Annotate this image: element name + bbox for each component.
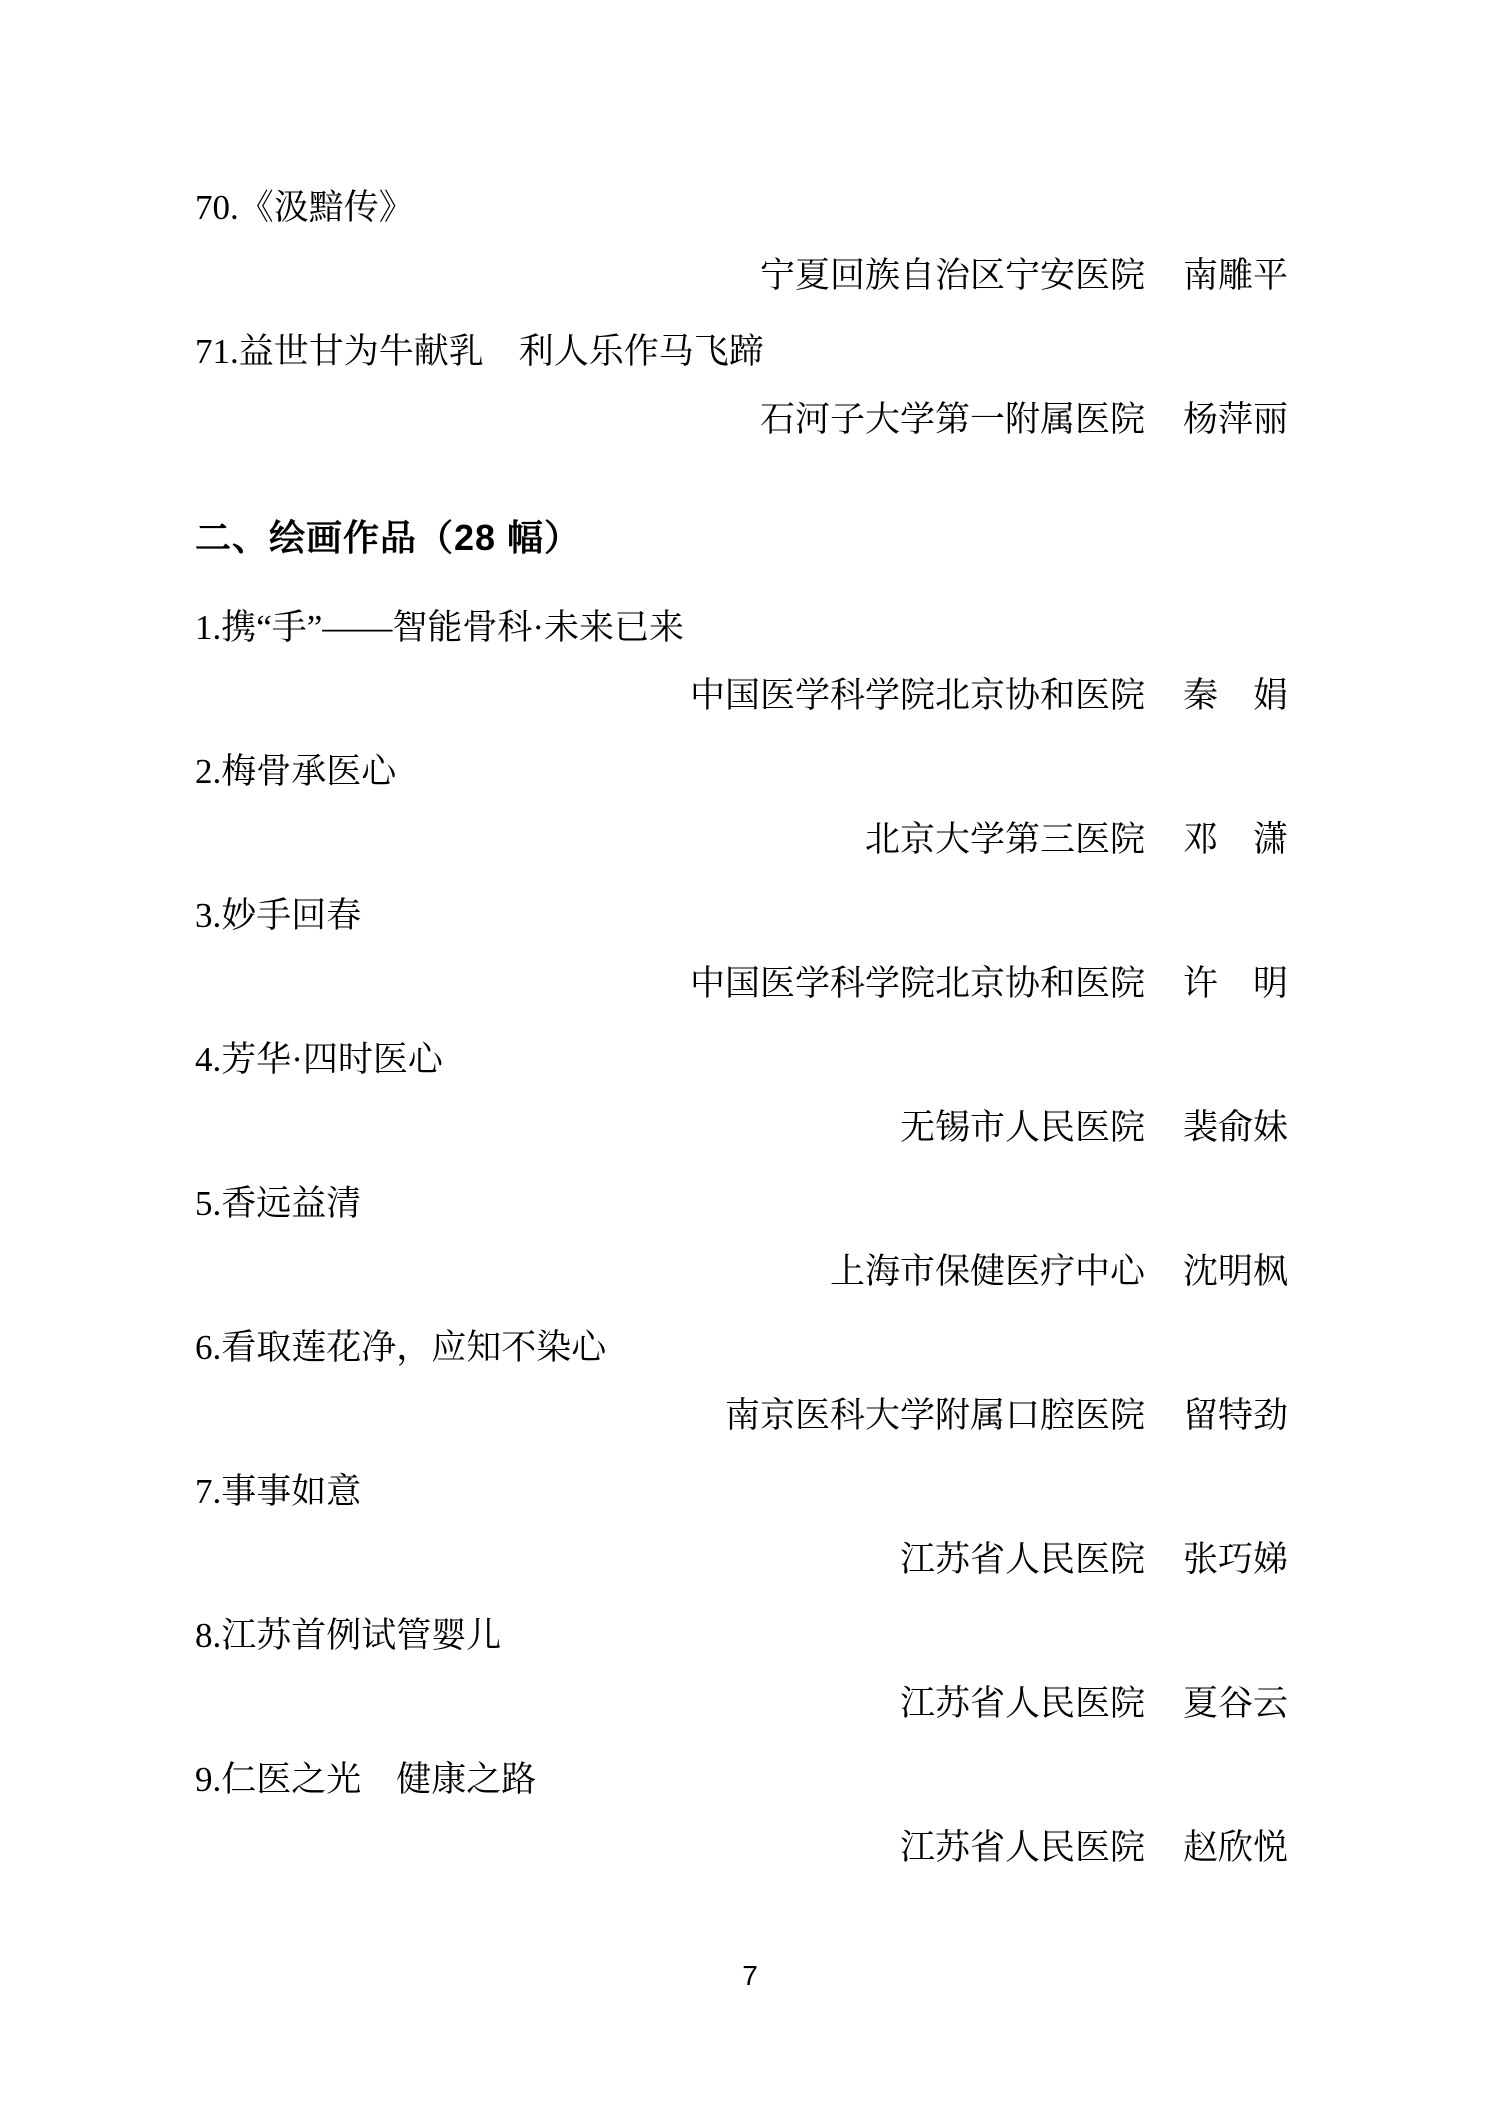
artwork-entry: 4.芳华·四时医心 无锡市人民医院裴俞妹: [195, 1026, 1288, 1162]
artwork-title: 1.携“手”——智能骨科·未来已来: [195, 594, 1288, 662]
artwork-org: 南京医科大学附属口腔医院: [725, 1396, 1145, 1435]
artwork-title: 4.芳华·四时医心: [195, 1026, 1288, 1094]
page-number: 7: [0, 1960, 1500, 1992]
artwork-attribution: 中国医学科学院北京协和医院秦 娟: [195, 662, 1288, 730]
artwork-attribution: 上海市保健医疗中心沈明枫: [195, 1238, 1288, 1306]
artwork-entry: 5.香远益清 上海市保健医疗中心沈明枫: [195, 1170, 1288, 1306]
artwork-author: 沈明枫: [1183, 1238, 1288, 1306]
artwork-org: 无锡市人民医院: [900, 1108, 1145, 1147]
artwork-title: 9.仁医之光 健康之路: [195, 1746, 1288, 1814]
artwork-title: 7.事事如意: [195, 1458, 1288, 1526]
artwork-author: 南雕平: [1183, 242, 1288, 310]
artwork-title: 8.江苏首例试管婴儿: [195, 1602, 1288, 1670]
artwork-author: 张巧娣: [1183, 1526, 1288, 1594]
artwork-title: 2.梅骨承医心: [195, 738, 1288, 806]
artwork-attribution: 无锡市人民医院裴俞妹: [195, 1094, 1288, 1162]
artwork-org: 中国医学科学院北京协和医院: [690, 676, 1145, 715]
artwork-entry: 71.益世甘为牛献乳 利人乐作马飞蹄 石河子大学第一附属医院杨萍丽: [195, 318, 1288, 454]
artwork-attribution: 宁夏回族自治区宁安医院南雕平: [195, 242, 1288, 310]
artwork-org: 江苏省人民医院: [900, 1828, 1145, 1867]
artwork-attribution: 石河子大学第一附属医院杨萍丽: [195, 386, 1288, 454]
artwork-author: 杨萍丽: [1183, 386, 1288, 454]
artwork-title: 5.香远益清: [195, 1170, 1288, 1238]
document-content: 70.《汲黯传》 宁夏回族自治区宁安医院南雕平 71.益世甘为牛献乳 利人乐作马…: [0, 0, 1500, 1882]
artwork-author: 许 明: [1183, 950, 1288, 1018]
artwork-author: 邓 潇: [1183, 806, 1288, 874]
section-heading: 二、绘画作品（28 幅）: [195, 504, 1288, 572]
artwork-org: 上海市保健医疗中心: [830, 1252, 1145, 1291]
artwork-entry: 9.仁医之光 健康之路 江苏省人民医院赵欣悦: [195, 1746, 1288, 1882]
artwork-entry: 1.携“手”——智能骨科·未来已来 中国医学科学院北京协和医院秦 娟: [195, 594, 1288, 730]
artwork-entry: 8.江苏首例试管婴儿 江苏省人民医院夏谷云: [195, 1602, 1288, 1738]
artwork-author: 裴俞妹: [1183, 1094, 1288, 1162]
artwork-author: 秦 娟: [1183, 662, 1288, 730]
artwork-attribution: 江苏省人民医院张巧娣: [195, 1526, 1288, 1594]
artwork-org: 江苏省人民医院: [900, 1540, 1145, 1579]
artwork-org: 石河子大学第一附属医院: [760, 400, 1145, 439]
artwork-author: 赵欣悦: [1183, 1814, 1288, 1882]
artwork-attribution: 中国医学科学院北京协和医院许 明: [195, 950, 1288, 1018]
artwork-entry: 70.《汲黯传》 宁夏回族自治区宁安医院南雕平: [195, 174, 1288, 310]
artwork-org: 北京大学第三医院: [865, 820, 1145, 859]
artwork-attribution: 北京大学第三医院邓 潇: [195, 806, 1288, 874]
artwork-attribution: 江苏省人民医院夏谷云: [195, 1670, 1288, 1738]
artwork-author: 夏谷云: [1183, 1670, 1288, 1738]
artwork-org: 中国医学科学院北京协和医院: [690, 964, 1145, 1003]
artwork-author: 留特劲: [1183, 1382, 1288, 1450]
artwork-title: 70.《汲黯传》: [195, 174, 1288, 242]
document-page: 70.《汲黯传》 宁夏回族自治区宁安医院南雕平 71.益世甘为牛献乳 利人乐作马…: [0, 0, 1500, 2120]
artwork-entry: 6.看取莲花净，应知不染心 南京医科大学附属口腔医院留特劲: [195, 1314, 1288, 1450]
artwork-attribution: 南京医科大学附属口腔医院留特劲: [195, 1382, 1288, 1450]
artwork-title: 3.妙手回春: [195, 882, 1288, 950]
artwork-entry: 3.妙手回春 中国医学科学院北京协和医院许 明: [195, 882, 1288, 1018]
artwork-org: 宁夏回族自治区宁安医院: [760, 256, 1145, 295]
artwork-entry: 2.梅骨承医心 北京大学第三医院邓 潇: [195, 738, 1288, 874]
artwork-entry: 7.事事如意 江苏省人民医院张巧娣: [195, 1458, 1288, 1594]
artwork-attribution: 江苏省人民医院赵欣悦: [195, 1814, 1288, 1882]
artwork-title: 6.看取莲花净，应知不染心: [195, 1314, 1288, 1382]
artwork-title: 71.益世甘为牛献乳 利人乐作马飞蹄: [195, 318, 1288, 386]
artwork-org: 江苏省人民医院: [900, 1684, 1145, 1723]
